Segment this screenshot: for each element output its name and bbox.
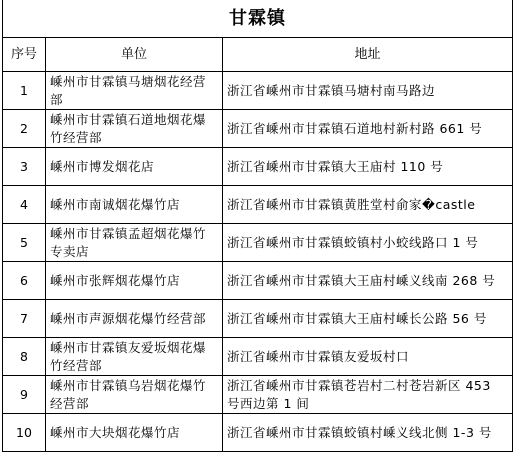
table-row: 9 嵊州市甘霖镇乌岩烟花爆竹经营部 浙江省嵊州市甘霖镇苍岩村二村苍岩新区 453… [3,376,513,414]
row-address: 浙江省嵊州市甘霖镇马塘村南马路边 [223,72,513,110]
row-index: 6 [3,262,46,300]
row-address: 浙江省嵊州市甘霖镇大王庙村嵊义线南 268 号 [223,262,513,300]
row-index: 10 [3,414,46,447]
row-index: 1 [3,72,46,110]
row-address: 浙江省嵊州市甘霖镇大王庙村 110 号 [223,148,513,186]
row-address: 浙江省嵊州市甘霖镇友爱坂村口 [223,338,513,376]
table-row: 8 嵊州市甘霖镇友爱坂烟花爆竹经营部 浙江省嵊州市甘霖镇友爱坂村口 [3,338,513,376]
row-unit: 嵊州市甘霖镇马塘烟花经营部 [46,72,223,110]
row-address: 浙江省嵊州市甘霖镇大王庙村嵊长公路 56 号 [223,300,513,338]
row-index: 5 [3,224,46,262]
table-header-row: 序号 单位 地址 [3,38,513,72]
header-unit: 单位 [46,38,223,72]
table-row: 4 嵊州市南诚烟花爆竹店 浙江省嵊州市甘霖镇黄胜堂村俞家�castle [3,186,513,224]
row-address: 浙江省嵊州市甘霖镇石道地村新村路 661 号 [223,110,513,148]
shop-table-container: 甘霖镇 序号 单位 地址 1 嵊州市甘霖镇马塘烟花经营部 浙江省嵊州市甘霖镇马塘… [2,0,512,446]
row-unit: 嵊州市甘霖镇友爱坂烟花爆竹经营部 [46,338,223,376]
row-unit: 嵊州市南诚烟花爆竹店 [46,186,223,224]
row-index: 4 [3,186,46,224]
table-title: 甘霖镇 [3,0,513,38]
row-unit: 嵊州市甘霖镇石道地烟花爆竹经营部 [46,110,223,148]
row-address: 浙江省嵊州市甘霖镇蛟镇村嵊义线北侧 1-3 号 [223,414,513,447]
row-index: 2 [3,110,46,148]
header-index: 序号 [3,38,46,72]
row-address: 浙江省嵊州市甘霖镇蛟镇村小蛟线路口 1 号 [223,224,513,262]
table-row: 5 嵊州市甘霖镇孟超烟花爆竹专卖店 浙江省嵊州市甘霖镇蛟镇村小蛟线路口 1 号 [3,224,513,262]
row-unit: 嵊州市博发烟花店 [46,148,223,186]
table-title-row: 甘霖镇 [3,0,513,38]
table-row: 10 嵊州市大块烟花爆竹店 浙江省嵊州市甘霖镇蛟镇村嵊义线北侧 1-3 号 [3,414,513,447]
row-address: 浙江省嵊州市甘霖镇黄胜堂村俞家�castle [223,186,513,224]
row-unit: 嵊州市声源烟花爆竹经营部 [46,300,223,338]
header-address: 地址 [223,38,513,72]
row-unit: 嵊州市甘霖镇孟超烟花爆竹专卖店 [46,224,223,262]
row-index: 9 [3,376,46,414]
table-row: 6 嵊州市张辉烟花爆竹店 浙江省嵊州市甘霖镇大王庙村嵊义线南 268 号 [3,262,513,300]
row-address: 浙江省嵊州市甘霖镇苍岩村二村苍岩新区 453 号西边第 1 间 [223,376,513,414]
row-index: 8 [3,338,46,376]
table-row: 2 嵊州市甘霖镇石道地烟花爆竹经营部 浙江省嵊州市甘霖镇石道地村新村路 661 … [3,110,513,148]
row-index: 7 [3,300,46,338]
row-unit: 嵊州市张辉烟花爆竹店 [46,262,223,300]
shop-table: 甘霖镇 序号 单位 地址 1 嵊州市甘霖镇马塘烟花经营部 浙江省嵊州市甘霖镇马塘… [2,0,513,446]
row-unit: 嵊州市甘霖镇乌岩烟花爆竹经营部 [46,376,223,414]
table-row: 1 嵊州市甘霖镇马塘烟花经营部 浙江省嵊州市甘霖镇马塘村南马路边 [3,72,513,110]
table-row: 7 嵊州市声源烟花爆竹经营部 浙江省嵊州市甘霖镇大王庙村嵊长公路 56 号 [3,300,513,338]
row-unit: 嵊州市大块烟花爆竹店 [46,414,223,447]
table-row: 3 嵊州市博发烟花店 浙江省嵊州市甘霖镇大王庙村 110 号 [3,148,513,186]
row-index: 3 [3,148,46,186]
